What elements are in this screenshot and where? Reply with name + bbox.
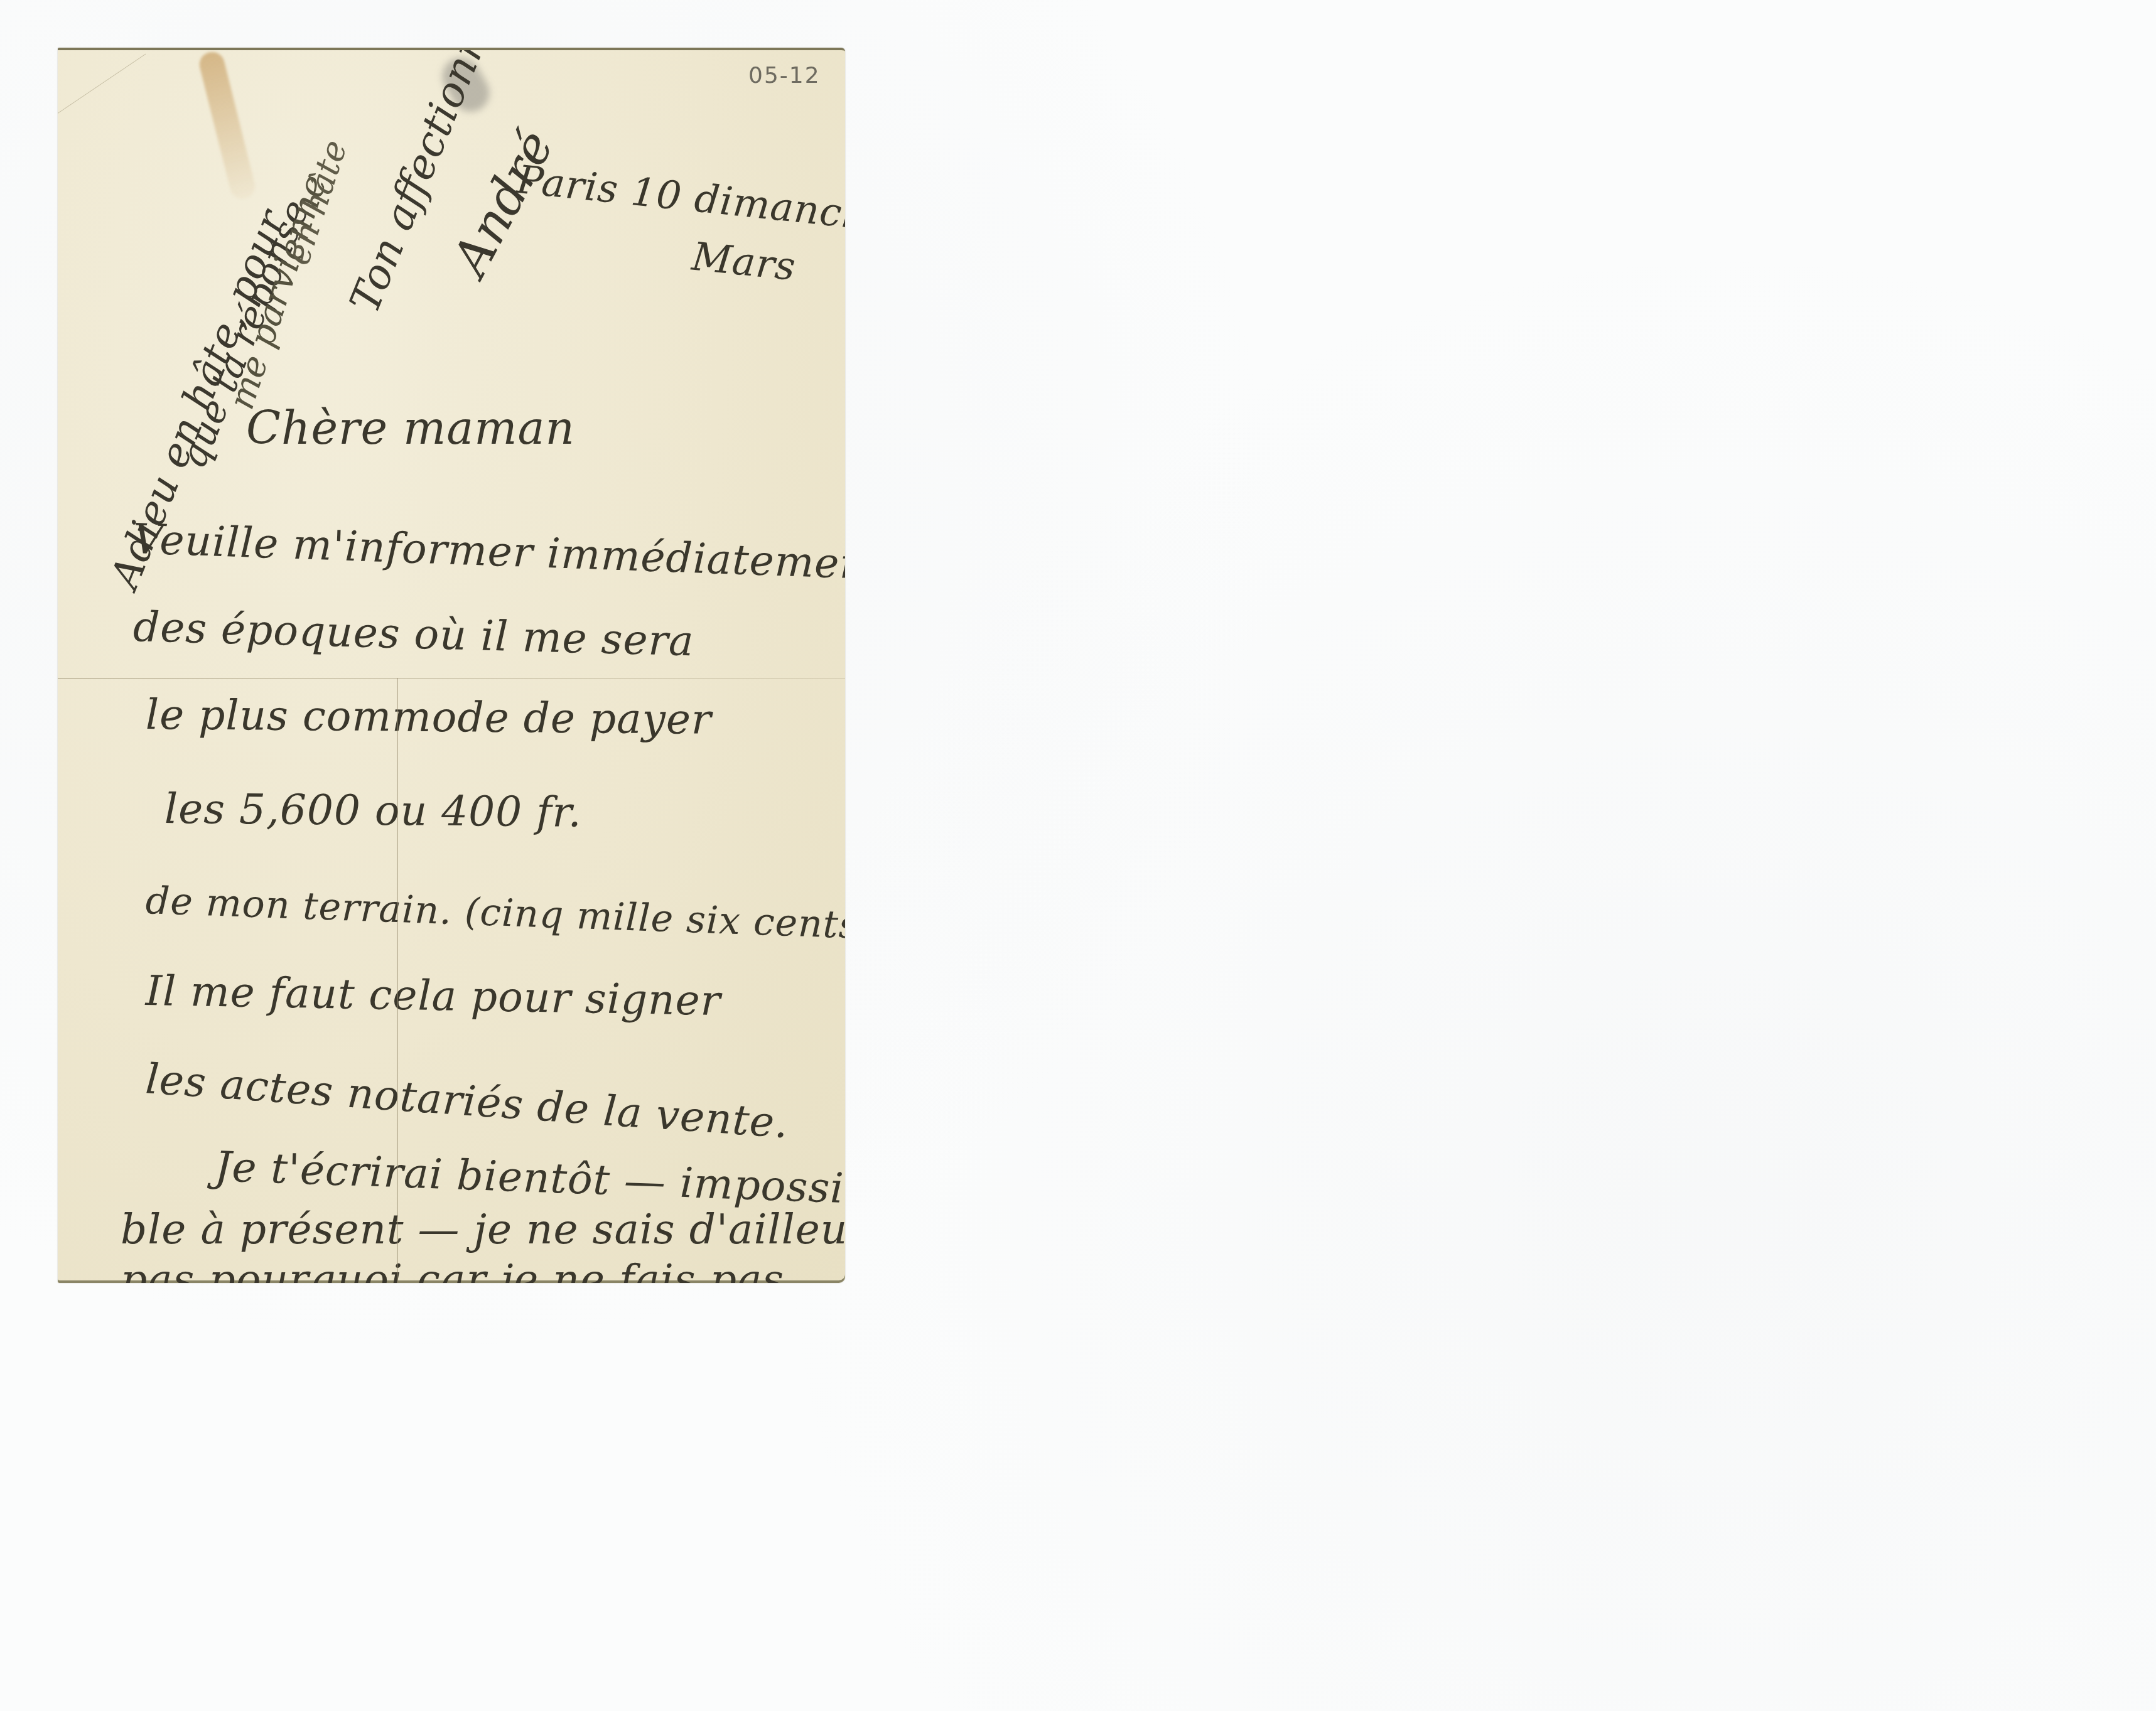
body-line: Je t'écrirai bientôt — impossi- <box>214 1142 845 1213</box>
body-line: ble à présent — je ne sais d'ailleurs <box>121 1205 845 1253</box>
body-line-amount: les 5,600 ou 400 fr. <box>164 785 582 837</box>
archive-mark: 05-12 <box>748 63 821 88</box>
letter-sheet: 05-12 Adieu en hâte, pour que ta réponse… <box>58 48 845 1283</box>
dateline-place-date: Paris 10 dimanche <box>515 156 845 241</box>
dateline-month: Mars <box>690 233 799 290</box>
body-line: le plus commode de payer <box>146 690 712 744</box>
salutation: Chère maman <box>246 402 575 454</box>
body-line: les actes notariés de la vente. <box>144 1054 790 1147</box>
body-line: Il me faut cela pour signer <box>145 967 721 1025</box>
body-line: de mon terrain. (cinq mille six cents) <box>145 879 845 948</box>
body-line: pas pourquoi car je ne fais pas <box>121 1255 784 1283</box>
